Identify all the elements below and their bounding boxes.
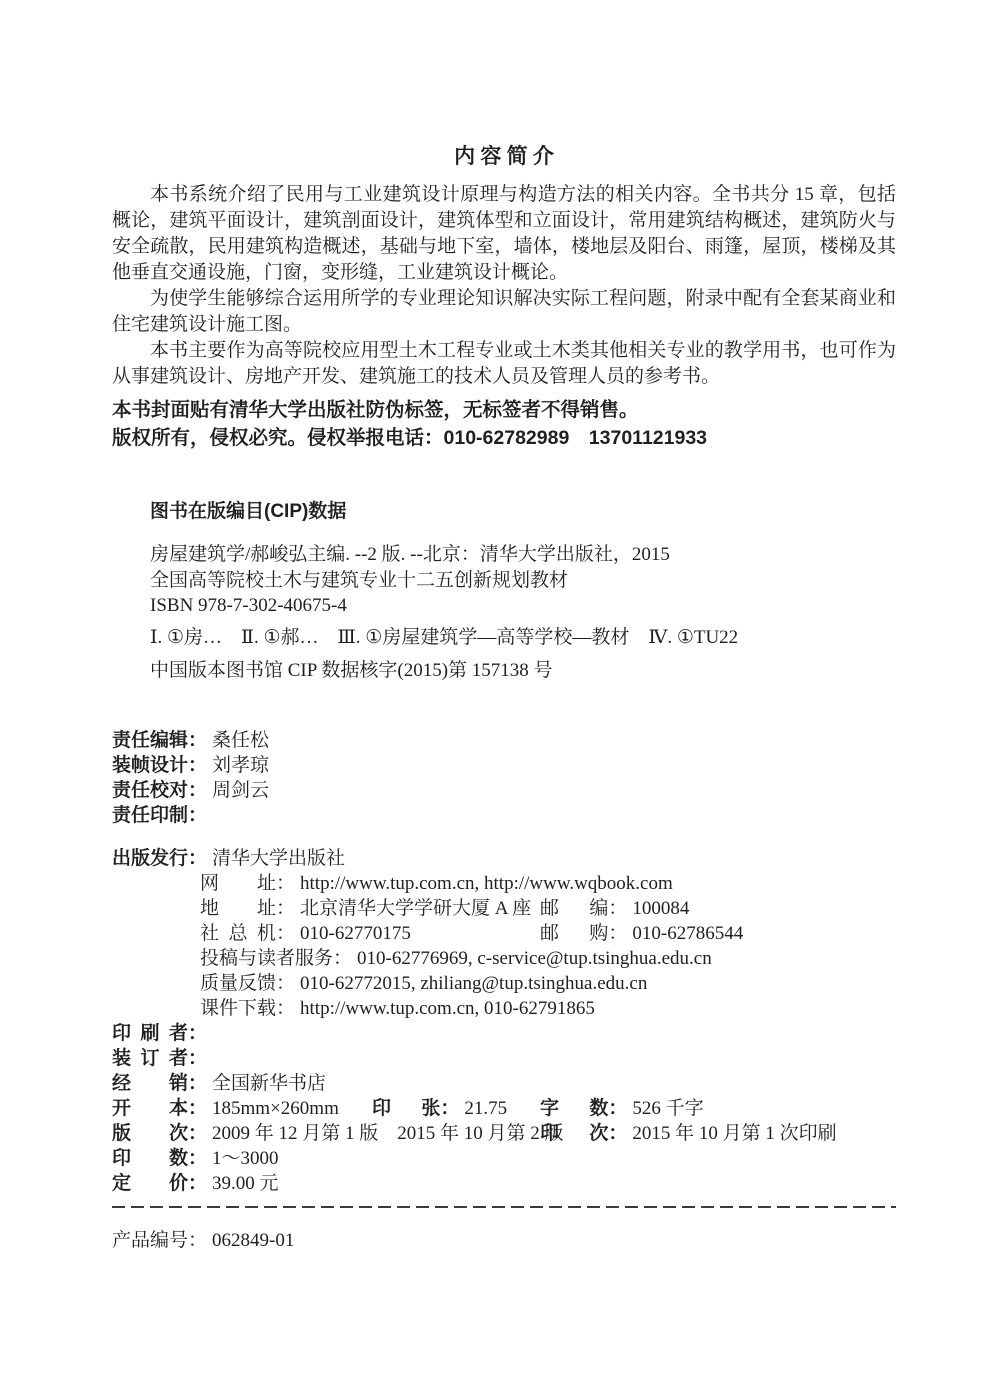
- field-label: 印次: [540, 1121, 608, 1146]
- colon: ：: [440, 1098, 459, 1119]
- field-value: 39.00 元: [212, 1173, 279, 1194]
- cip-heading: 图书在版编目(CIP)数据: [150, 500, 896, 524]
- reader-service-row: 投稿与读者服务：010-62776969, c-service@tup.tsin…: [112, 946, 896, 971]
- field-value: 185mm×260mm: [212, 1098, 339, 1119]
- field-label: 定价: [112, 1171, 188, 1196]
- field-label: 邮编: [540, 896, 608, 921]
- colon: ：: [276, 973, 295, 994]
- field-label: 地址: [200, 896, 276, 921]
- field-label: 字数: [540, 1096, 608, 1121]
- publisher-row: 出版发行：清华大学出版社: [112, 846, 896, 871]
- price-row: 定价：39.00 元: [112, 1171, 896, 1196]
- field-label: 质量反馈: [200, 971, 276, 996]
- field-value: 062849-01: [212, 1230, 294, 1251]
- colon: ：: [188, 1230, 207, 1251]
- field-label: 版次: [112, 1121, 188, 1146]
- field-label: 课件下载: [200, 996, 276, 1021]
- field-value: 010-62776969, c-service@tup.tsinghua.edu…: [357, 948, 712, 969]
- mail-order-field: 邮购：010-62786544: [540, 921, 743, 946]
- publication-info: 出版发行：清华大学出版社 网址：http://www.tup.com.cn, h…: [112, 846, 896, 1196]
- quality-feedback-row: 质量反馈：010-62772015, zhiliang@tup.tsinghua…: [112, 971, 896, 996]
- colon: ：: [276, 898, 295, 919]
- field-value: 清华大学出版社: [212, 848, 345, 869]
- cip-description: 房屋建筑学/郝峻弘主编. --2 版. --北京：清华大学出版社，2015 全国…: [150, 542, 896, 619]
- colon: ：: [188, 730, 207, 751]
- anti-piracy-line: 本书封面贴有清华大学出版社防伪标签，无标签者不得销售。: [112, 396, 896, 424]
- field-label: 印刷者: [112, 1021, 188, 1046]
- field-value: http://www.tup.com.cn, http://www.wqbook…: [300, 873, 673, 894]
- field-label: 投稿与读者服务: [200, 946, 333, 971]
- field-label: 印张: [372, 1096, 440, 1121]
- staff-row: 责任校对：周剑云: [112, 778, 896, 803]
- print-run-row: 印数：1～3000: [112, 1146, 896, 1171]
- field-label: 开本: [112, 1096, 188, 1121]
- distributor-row: 经销：全国新华书店: [112, 1071, 896, 1096]
- dashed-divider: [112, 1206, 896, 1208]
- summary-paragraph: 本书系统介绍了民用与工业建筑设计原理与构造方法的相关内容。全书共分 15 章，包…: [112, 182, 896, 286]
- field-label: 邮购: [540, 921, 608, 946]
- colon: ：: [333, 948, 352, 969]
- colon: ：: [608, 1098, 627, 1119]
- switchboard-row: 社总机：010-62770175 邮购：010-62786544: [112, 921, 896, 946]
- field-label: 社总机: [200, 921, 276, 946]
- colon: ：: [188, 1023, 207, 1044]
- postcode-field: 邮编：100084: [540, 896, 689, 921]
- printer-row: 印刷者：: [112, 1021, 896, 1046]
- colon: ：: [188, 755, 207, 776]
- word-count-field: 字数：526 千字: [540, 1096, 704, 1121]
- colon: ：: [608, 1123, 627, 1144]
- field-value: 526 千字: [632, 1098, 703, 1119]
- field-value: 北京清华大学学研大厦 A 座: [300, 898, 531, 919]
- field-value: 010-62770175: [300, 923, 411, 944]
- cip-series-line: 全国高等院校土木与建筑专业十二五创新规划教材: [150, 568, 896, 594]
- field-value: 100084: [632, 898, 689, 919]
- copyright-hotline-line: 版权所有，侵权必究。侵权举报电话：010-62782989 1370112193…: [112, 424, 896, 452]
- colon: ：: [276, 998, 295, 1019]
- staff-role-label: 装帧设计: [112, 755, 188, 776]
- colon: ：: [188, 1148, 207, 1169]
- field-label: 出版发行: [112, 846, 188, 871]
- field-label: 印数: [112, 1146, 188, 1171]
- colon: ：: [188, 1073, 207, 1094]
- field-value: 010-62786544: [632, 923, 743, 944]
- cip-classification-line: Ⅰ. ①房… Ⅱ. ①郝… Ⅲ. ①房屋建筑学—高等学校—教材 Ⅳ. ①TU22: [150, 625, 896, 651]
- colon: ：: [188, 1048, 207, 1069]
- staff-name: 周剑云: [212, 780, 269, 801]
- cip-data-block: 图书在版编目(CIP)数据 房屋建筑学/郝峻弘主编. --2 版. --北京：清…: [150, 500, 896, 684]
- colon: ：: [188, 1123, 207, 1144]
- staff-row: 责任编辑：桑任松: [112, 728, 896, 753]
- staff-role-label: 责任校对: [112, 780, 188, 801]
- sheets-field: 印张：21.75: [372, 1096, 507, 1121]
- colon: ：: [188, 805, 207, 826]
- staff-row: 装帧设计：刘孝琼: [112, 753, 896, 778]
- field-value: 2015 年 10 月第 1 次印刷: [632, 1123, 836, 1144]
- cip-isbn-line: ISBN 978-7-302-40675-4: [150, 593, 896, 619]
- field-label: 产品编号: [112, 1230, 188, 1251]
- staff-row: 责任印制：: [112, 803, 896, 828]
- staff-role-label: 责任印制: [112, 805, 188, 826]
- format-row: 开本：185mm×260mm 印张：21.75 字数：526 千字: [112, 1096, 896, 1121]
- cip-record-number-line: 中国版本图书馆 CIP 数据核字(2015)第 157138 号: [150, 658, 896, 684]
- staff-role-label: 责任编辑: [112, 730, 188, 751]
- colon: ：: [276, 923, 295, 944]
- staff-name: 刘孝琼: [212, 755, 269, 776]
- colon: ：: [276, 873, 295, 894]
- cip-title-line: 房屋建筑学/郝峻弘主编. --2 版. --北京：清华大学出版社，2015: [150, 542, 896, 568]
- field-value: 21.75: [464, 1098, 507, 1119]
- colon: ：: [188, 848, 207, 869]
- staff-name: 桑任松: [212, 730, 269, 751]
- colon: ：: [188, 1098, 207, 1119]
- field-value: 1～3000: [212, 1148, 279, 1169]
- field-label: 经销: [112, 1071, 188, 1096]
- summary-paragraph: 为使学生能够综合运用所学的专业理论知识解决实际工程问题，附录中配有全套某商业和住…: [112, 286, 896, 338]
- field-value: 010-62772015, zhiliang@tup.tsinghua.edu.…: [300, 973, 647, 994]
- colon: ：: [188, 780, 207, 801]
- field-value: 2009 年 12 月第 1 版 2015 年 10 月第 2 版: [212, 1123, 564, 1144]
- staff-credits: 责任编辑：桑任松 装帧设计：刘孝琼 责任校对：周剑云 责任印制：: [112, 728, 896, 828]
- address-row: 地址：北京清华大学学研大厦 A 座 邮编：100084: [112, 896, 896, 921]
- summary-paragraph: 本书主要作为高等院校应用型土木工程专业或土木类其他相关专业的教学用书，也可作为从…: [112, 338, 896, 390]
- binder-row: 装订者：: [112, 1046, 896, 1071]
- book-copyright-page: 内 容 简 介 本书系统介绍了民用与工业建筑设计原理与构造方法的相关内容。全书共…: [0, 0, 1000, 1392]
- website-row: 网址：http://www.tup.com.cn, http://www.wqb…: [112, 871, 896, 896]
- anti-piracy-notice: 本书封面贴有清华大学出版社防伪标签，无标签者不得销售。 版权所有，侵权必究。侵权…: [112, 396, 896, 452]
- edition-row: 版次：2009 年 12 月第 1 版 2015 年 10 月第 2 版 印次：…: [112, 1121, 896, 1146]
- colon: ：: [608, 898, 627, 919]
- content-summary-title: 内 容 简 介: [112, 140, 896, 170]
- field-label: 网址: [200, 871, 276, 896]
- product-number-row: 产品编号：062849-01: [112, 1228, 896, 1253]
- colon: ：: [188, 1173, 207, 1194]
- field-value: http://www.tup.com.cn, 010-62791865: [300, 998, 595, 1019]
- courseware-download-row: 课件下载：http://www.tup.com.cn, 010-62791865: [112, 996, 896, 1021]
- field-value: 全国新华书店: [212, 1073, 326, 1094]
- colon: ：: [608, 923, 627, 944]
- impression-field: 印次：2015 年 10 月第 1 次印刷: [540, 1121, 837, 1146]
- field-label: 装订者: [112, 1046, 188, 1071]
